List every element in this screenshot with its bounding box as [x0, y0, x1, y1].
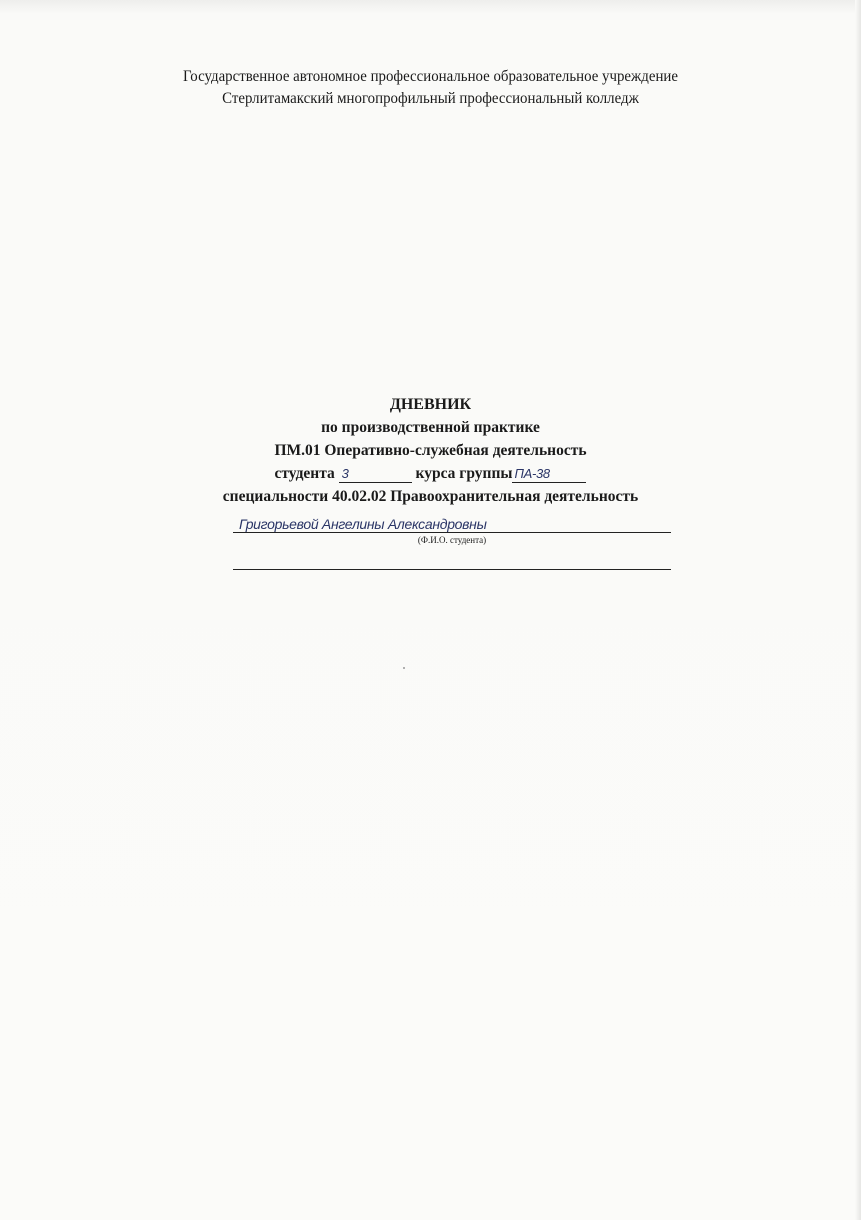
scan-speck: [403, 667, 405, 669]
institution-name: Стерлитамакский многопрофильный професси…: [17, 88, 844, 110]
course-field: 3: [339, 466, 412, 483]
student-name-caption: (Ф.И.О. студента): [233, 535, 671, 545]
institution-header: Государственное автономное профессиональ…: [17, 66, 844, 110]
group-field: ПА-38: [512, 466, 586, 483]
practice-subtitle: по производственной практике: [0, 416, 861, 439]
blank-underline: [233, 569, 671, 570]
diary-title: ДНЕВНИК: [0, 393, 861, 416]
student-name-field: Григорьевой Ангелины Александровны: [233, 509, 671, 533]
course-value: 3: [342, 466, 349, 481]
course-group-label: курса группы: [416, 465, 513, 482]
institution-type: Государственное автономное профессиональ…: [17, 66, 844, 88]
diary-title-block: ДНЕВНИК по производственной практике ПМ.…: [0, 393, 861, 508]
student-name-handwritten: Григорьевой Ангелины Александровны: [239, 516, 487, 532]
module-title: ПМ.01 Оперативно-служебная деятельность: [0, 439, 861, 462]
specialty-line: специальности 40.02.02 Правоохранительна…: [0, 485, 861, 508]
student-course-group-line: студента 3 курса группыПА-38: [0, 462, 861, 485]
group-value: ПА-38: [514, 466, 549, 481]
page-edge-shadow: [855, 0, 861, 1220]
student-prefix: студента: [275, 465, 335, 482]
document-page: Государственное автономное профессиональ…: [0, 0, 861, 1220]
